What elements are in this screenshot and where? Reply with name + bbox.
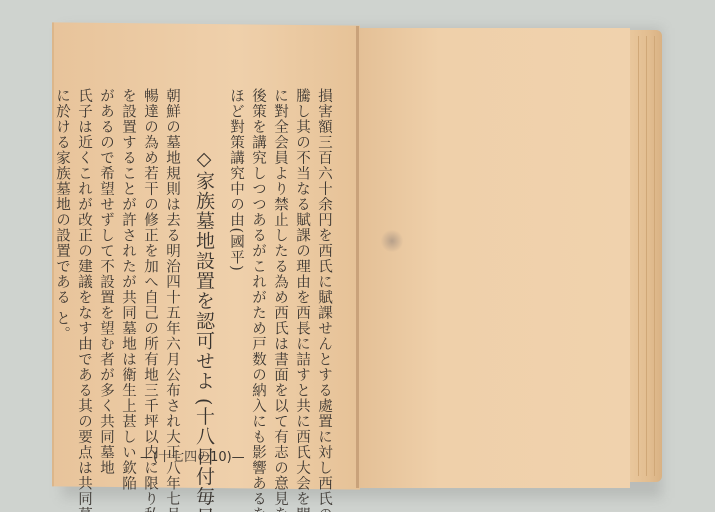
ink-stain xyxy=(380,230,404,252)
text-column: 氏子は近くこれが改正の建議をなす由である其の要点は共同墓地 xyxy=(73,88,95,478)
text-column: に對全会員より禁止したる為め西氏は書面を以て有志の意見を徴し其の善 xyxy=(269,88,291,478)
page-stack-edge xyxy=(630,30,662,482)
text-column: ほど對策講究中の由(國平) xyxy=(225,88,247,478)
text-column: 朝鮮の墓地規則は去る明治四十五年六月公布され大正八年七月民意 xyxy=(161,88,183,478)
text-column: 後策を講究しつつあるがこれがため戸数の納入にも影響あるを以て郎右 xyxy=(247,88,269,478)
page-edge-line xyxy=(646,36,647,476)
page-edge-line xyxy=(654,36,655,476)
text-column: 騰し其の不当なる賦課の理由を西長に詰すと共に西氏大会を開催せんと云し xyxy=(291,88,313,478)
book-gutter xyxy=(356,26,359,488)
text-column: があるので希望せずして不設置を望む者が多く共同墓地 xyxy=(95,88,117,478)
text-column: を設置することが許されたが共同墓地は衛生上甚しい欽陥 xyxy=(117,88,139,478)
page-edge-line xyxy=(638,36,639,476)
right-page xyxy=(358,28,630,488)
section-heading: ◇家族墓地設置を認可せよ (十八日付毎日申報) xyxy=(189,148,219,478)
handwritten-text-body: 損害額三百六十余円を西氏に賦課せんとする處置に対し西氏の興論沸 騰し其の不当なる… xyxy=(51,88,335,478)
text-column: 暢達の為め若干の修正を加へ自己の所有地三千坪以内に限り私設墓地 xyxy=(139,88,161,478)
text-column: 損害額三百六十余円を西氏に賦課せんとする處置に対し西氏の興論沸 xyxy=(313,88,335,478)
page-number: —(十七四の10)— xyxy=(140,446,245,465)
text-column: に於ける家族墓地の設置である と。 xyxy=(51,88,73,478)
